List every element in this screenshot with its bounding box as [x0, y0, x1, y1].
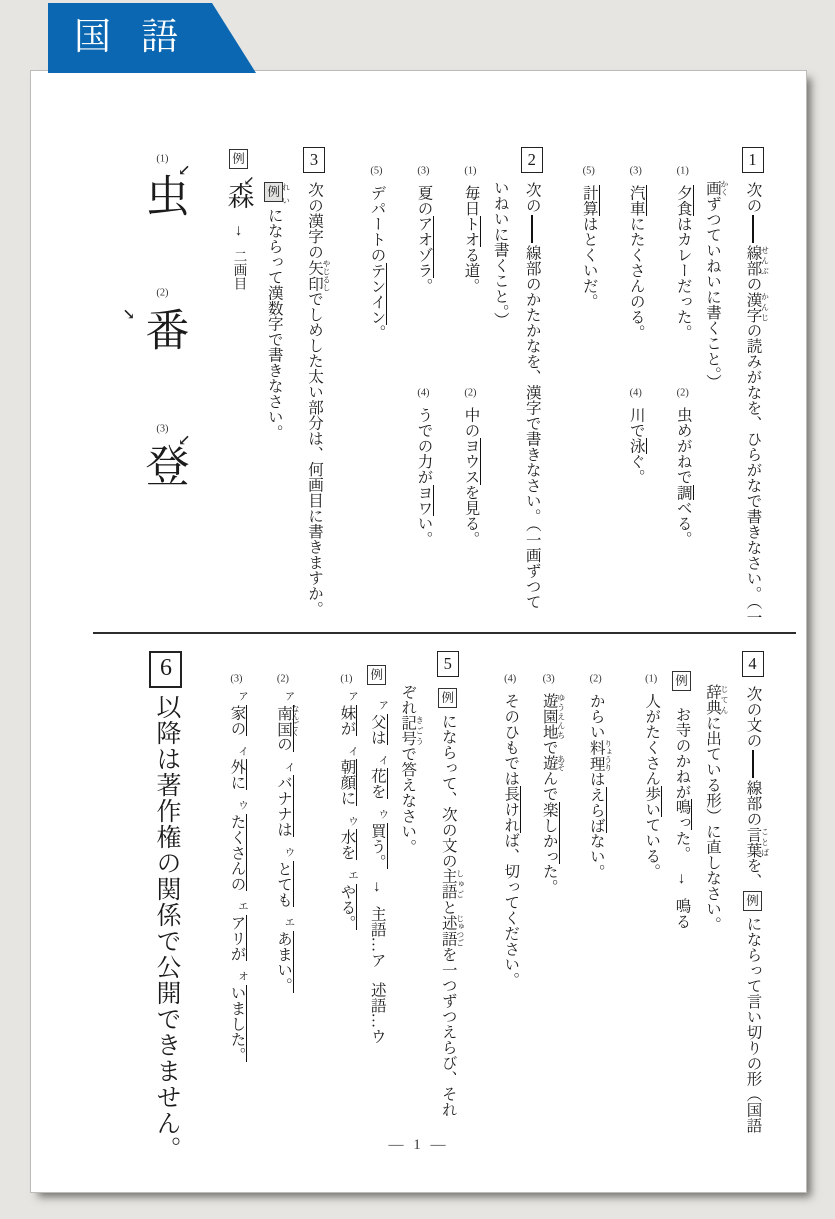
item-label: (1) — [645, 673, 657, 684]
segment-label: ウ — [348, 818, 358, 829]
q4-item-1: (1)人がたくさん歩いている。 — [643, 673, 659, 879]
text-run: 鳴る — [673, 898, 690, 929]
item-label: (4) — [630, 387, 642, 398]
item-label: (3) — [543, 673, 555, 684]
item-label: (1) — [340, 673, 352, 684]
text-run: 遊あそ — [541, 755, 558, 771]
q5-items-col-1: (1)ア妹がイ朝顔にウ水をエやる。 — [312, 651, 354, 1129]
q2-instruction-line-1: 2次の線部のかたかなを、漢字で書きなさい。（一画ずつて — [521, 147, 543, 629]
item-label: (2) — [590, 673, 602, 684]
item-text: ア妹がイ朝顔にウ水をエやる。 — [338, 693, 355, 930]
text-run: 主語…ア — [369, 906, 386, 968]
example-box: 例 — [229, 149, 248, 169]
q4-items-col-2: (2)からい料理りょうりはえらばない。 — [578, 651, 612, 1129]
underlined-text: 鳴っ — [673, 799, 692, 830]
text-run: を一つずつえらび、それ — [440, 946, 457, 1117]
segment-label: エ — [238, 903, 248, 914]
text-run: はとくいだ。 — [581, 216, 598, 309]
underline-dash — [752, 750, 754, 778]
text-run: 。 — [415, 278, 432, 294]
text-run: 次の漢字の — [306, 182, 323, 260]
q3-item-3: (3)↙登 — [140, 423, 184, 487]
text-run: ぐ。 — [628, 454, 645, 485]
underlined-text: あまい。 — [275, 931, 294, 993]
text-run: そのひもでは — [502, 693, 519, 786]
stroke-arrow-icon: ↙ — [178, 164, 191, 179]
underlined-text: 花を — [369, 768, 388, 799]
item-label: (3) — [230, 673, 242, 684]
item-text: 虫めがねで調べる。 — [675, 407, 694, 547]
text-run: 画かく — [704, 180, 721, 196]
q2-instruction-text-2: いねいに書くこと。） — [492, 180, 509, 327]
section-bottom: 4次の文の線部の言葉ことばを、例にならって言い切りの形（国語 辞典じてんに出てい… — [57, 651, 769, 1129]
q4-items-col-3: (3)遊園地ゆうえんちで遊あそんで楽しかった。 — [531, 651, 565, 1129]
q1-items-col-1: (1)夕食はカレーだった。 (2)虫めがねで調べる。 — [657, 147, 691, 629]
item-text: ア南国なんごくのイバナナはウとてもエあまい。 — [275, 693, 292, 993]
underlined-text: 夕食 — [675, 185, 694, 216]
text-run: 虫めがねで — [675, 407, 692, 485]
item-text: からい料理りょうりはえらばない。 — [588, 693, 607, 880]
underlined-text: トオ — [462, 216, 481, 247]
item-label: (2) — [464, 387, 476, 398]
text-run: 記号きごう — [399, 715, 416, 746]
segment-label: ウ — [379, 811, 389, 822]
q2-item-2: (2)中のヨウスを見る。 — [462, 387, 478, 547]
item-text: ア家のイ外にウたくさんのエアリがオいました。 — [228, 693, 245, 1062]
text-run: 次の — [524, 182, 541, 213]
q3-instruction-text-1: 次の漢字の矢印やじるしでしめした太い部分は、何画目に書きますか。 — [306, 182, 323, 617]
text-run: 線部の — [745, 780, 762, 827]
item-text: 夕食はカレーだった。 — [675, 185, 694, 340]
q5-example: 例ア父はイ花をウ買う。↓主語…ア述語…ウ — [367, 651, 386, 1129]
underlined-text: えらば — [588, 787, 607, 834]
example-box: 例 — [438, 688, 457, 708]
q2-items-col-2: (3)夏のアオゾラ。 (4)うでの力がヨワい。 — [397, 147, 431, 629]
q4-example: 例お寺のかねが鳴った。↓鳴る — [672, 651, 691, 1129]
underlined-text: 長けれ — [502, 786, 521, 833]
question-1: 1次の線部せんぶの漢字かんじの読みがなを、ひらがなで書きなさい。（一 画かくずつ… — [563, 147, 769, 629]
text-run: は — [588, 771, 605, 787]
q5-item-2: (2)ア南国なんごくのイバナナはウとてもエあまい。 — [275, 673, 300, 993]
underlined-text: 水を — [338, 829, 357, 860]
q3-instruction-text-2: 例れいにならって漢数字で書きなさい。 — [266, 180, 283, 440]
q1-item-4: (4)川で泳ぐ。 — [627, 387, 643, 485]
item-label: (1) — [464, 165, 476, 176]
q3-instruction-line-2: 例れいにならって漢数字で書きなさい。 — [264, 147, 290, 629]
underlined-text: アオゾラ — [415, 216, 434, 278]
example-box: 例 — [743, 891, 762, 911]
text-run: 。 — [368, 325, 385, 341]
text-run: 夏の — [415, 185, 432, 216]
text-run: 次の文の — [745, 686, 762, 748]
q4-instruction-text-1: 次の文の線部の言葉ことばを、例にならって言い切りの形（国語 — [745, 686, 762, 1133]
segment-label: イ — [379, 757, 389, 768]
text-run: にならって言い切りの形（国語 — [745, 916, 762, 1133]
text-run: で答えなさい。 — [399, 746, 416, 855]
segment-label: ア — [238, 693, 248, 704]
item-label: (2) — [156, 287, 168, 298]
item-label: (2) — [277, 673, 289, 684]
text-run: からい — [588, 693, 605, 740]
q4-number-box: 4 — [742, 651, 764, 677]
text-run: んで — [541, 771, 558, 802]
q5-instruction-text-1: 例にならって、次の文の主語しゅごと述語じゅつごを一つずつえらび、それ — [440, 686, 457, 1117]
q3-items: (1)↙虫 (2)↘番 (3)↙登 — [128, 147, 192, 629]
text-run: の読みがなを、ひらがなで書きなさい。（一 — [745, 323, 762, 625]
item-label: (3) — [417, 165, 429, 176]
q3-item-3-kanji: ↙登 — [138, 443, 187, 487]
q5-items-col-2: (2)ア南国なんごくのイバナナはウとてもエあまい。 — [257, 651, 299, 1129]
q1-item-5: (5)計算はとくいだ。 — [580, 165, 596, 309]
text-run: の — [745, 276, 762, 292]
text-run: 線部せんぶ — [745, 245, 762, 276]
text-run: に出ている形）に直しなさい。 — [704, 715, 721, 932]
q1-instruction-text-2: 画かくずつていねいに書くこと。） — [704, 180, 721, 390]
underlined-text: 計算 — [581, 185, 600, 216]
q1-items-col-3: (5)計算はとくいだ。 — [563, 147, 597, 629]
q2-item-4: (4)うでの力がヨワい。 — [415, 387, 431, 547]
example-box: 例 — [672, 671, 691, 691]
q3-item-1-kanji: ↙虫 — [138, 173, 187, 217]
text-run: 例 — [745, 889, 762, 916]
item-label: (5) — [583, 165, 595, 176]
q4-items-col-4: (4)そのひもでは長ければ、切ってください。 — [484, 651, 518, 1129]
q4-instruction-line-2: 辞典じてんに出ている形）に直しなさい。 — [704, 651, 729, 1129]
q2-instruction-line-2: いねいに書くこと。） — [491, 147, 507, 629]
item-text: 川で泳ぐ。 — [628, 407, 647, 485]
q2-items-col-1: (1)毎日トオる道。 (2)中のヨウスを見る。 — [444, 147, 478, 629]
segment-label: イ — [238, 748, 248, 759]
segment-label: イ — [348, 748, 358, 759]
q5-item-3: (3)ア家のイ外にウたくさんのエアリがオいました。 — [228, 673, 244, 1062]
q1-instruction-line-1: 1次の線部せんぶの漢字かんじの読みがなを、ひらがなで書きなさい。（一 — [742, 147, 770, 629]
underlined-text: 歩い — [643, 786, 662, 817]
q3-example: 例↙森↓二画目 — [205, 147, 251, 629]
q2-item-5: (5)デパートのテンイン。 — [368, 165, 384, 340]
q4-item-4: (4)そのひもでは長ければ、切ってください。 — [502, 673, 518, 988]
item-label: (3) — [156, 423, 168, 434]
q4-example-text: 例お寺のかねが鳴った。↓鳴る — [673, 669, 690, 929]
text-run: を見る。 — [462, 485, 479, 547]
q3-example-answer: 二画目 — [231, 250, 246, 291]
text-run: 例 — [440, 686, 457, 713]
paper-sheet: 1次の線部せんぶの漢字かんじの読みがなを、ひらがなで書きなさい。（一 画かくずつ… — [30, 70, 807, 1193]
underlined-text: 外に — [228, 759, 247, 790]
segment-label: ウ — [285, 849, 295, 860]
q2-items-col-3: (5)デパートのテンイン。 — [350, 147, 384, 629]
text-run: いねいに書くこと。） — [492, 180, 509, 327]
q5-example-text: 例ア父はイ花をウ買う。↓主語…ア述語…ウ — [369, 663, 386, 1044]
item-text: 夏のアオゾラ。 — [415, 185, 434, 294]
text-run: 主語しゅご — [440, 868, 457, 899]
q1-items-col-2: (3)汽車にたくさんのる。 (4)川で泳ぐ。 — [610, 147, 644, 629]
text-run: た。 — [673, 830, 690, 861]
text-run: 次の — [745, 182, 762, 213]
text-run: うでの力が — [415, 407, 432, 485]
q1-item-1: (1)夕食はカレーだった。 — [674, 165, 690, 340]
item-text: 汽車にたくさんのる。 — [628, 185, 647, 340]
text-run: い。 — [415, 516, 432, 547]
q2-instruction-text-1: 次の線部のかたかなを、漢字で書きなさい。（一画ずつて — [524, 182, 541, 609]
underlined-text: 汽車 — [628, 185, 647, 216]
q5-number-box: 5 — [437, 651, 459, 677]
copyright-notice-text: 以降は著作権の関係で公開できません。 — [153, 694, 180, 1162]
text-run: を、 — [745, 858, 762, 889]
segment-label: イ — [285, 764, 295, 775]
down-arrow-icon: ↓ — [373, 879, 381, 895]
segment-label: ウ — [238, 802, 248, 813]
segment-label: ア — [285, 693, 295, 704]
underlined-text: バナナは — [275, 775, 294, 837]
text-run: ずつていねいに書くこと。） — [704, 196, 721, 390]
text-run: 例れい — [266, 180, 283, 207]
text-run: にたくさんのる。 — [628, 216, 645, 340]
item-text: 人がたくさん歩いている。 — [643, 693, 662, 879]
section-top: 1次の線部せんぶの漢字かんじの読みがなを、ひらがなで書きなさい。（一 画かくずつ… — [69, 147, 769, 629]
q1-instruction-text-1: 次の線部せんぶの漢字かんじの読みがなを、ひらがなで書きなさい。（一 — [745, 182, 762, 625]
q6-notice-line: 6以降は著作権の関係で公開できません。 — [149, 651, 182, 1129]
q4-item-2: (2)からい料理りょうりはえらばない。 — [587, 673, 612, 880]
q4-instruction-line-1: 4次の文の線部の言葉ことばを、例にならって言い切りの形（国語 — [742, 651, 770, 1129]
text-run: 述語…ウ — [369, 982, 386, 1044]
stroke-arrow-icon: ↙ — [244, 174, 255, 187]
underlined-text: ヨワ — [415, 485, 434, 516]
text-run: る道。 — [462, 247, 479, 294]
text-run: ぞれ — [399, 684, 416, 715]
underlined-text: たくさんの — [228, 814, 247, 892]
q5-instruction-text-2: ぞれ記号きごうで答えなさい。 — [399, 684, 416, 855]
underline-dash — [752, 215, 754, 243]
q1-item-2: (2)虫めがねで調べる。 — [674, 387, 690, 547]
text-run: ない。 — [588, 833, 605, 880]
q2-item-3: (3)夏のアオゾラ。 — [415, 165, 431, 294]
question-5: 5例にならって、次の文の主語しゅごと述語じゅつごを一つずつえらび、それ ぞれ記号… — [202, 651, 464, 1129]
item-label: (5) — [370, 165, 382, 176]
underlined-text: 泳 — [628, 438, 647, 454]
text-run: 毎日 — [462, 185, 479, 216]
stroke-arrow-icon: ↘ — [122, 308, 135, 323]
text-run: 料理りょうり — [588, 740, 605, 772]
item-text: 計算はとくいだ。 — [581, 185, 600, 309]
text-run: 辞典じてん — [704, 684, 721, 715]
q3-item-2-kanji: ↘番 — [138, 307, 187, 351]
down-arrow-icon: ↓ — [678, 871, 686, 887]
item-label: (4) — [417, 387, 429, 398]
q2-item-1: (1)毎日トオる道。 — [462, 165, 478, 294]
section-divider — [93, 632, 796, 634]
q5-instruction-line-2: ぞれ記号きごうで答えなさい。 — [399, 651, 424, 1129]
page-number: — 1 — — [31, 1137, 806, 1154]
q4-instruction-text-2: 辞典じてんに出ている形）に直しなさい。 — [704, 684, 721, 932]
underlined-text: 買う。 — [369, 823, 388, 870]
item-label: (1) — [156, 153, 168, 164]
text-run: 述語じゅつご — [440, 915, 457, 947]
question-6: 6以降は著作権の関係で公開できません。 — [149, 651, 182, 1129]
underlined-text: 家の — [228, 705, 247, 736]
q3-example-kanji: ↙森 — [223, 182, 253, 209]
subject-title: 国 語 — [48, 3, 256, 71]
item-label: (1) — [677, 165, 689, 176]
text-run: 言葉ことば — [745, 827, 762, 858]
underlined-text: 調 — [675, 485, 694, 501]
segment-label: エ — [348, 872, 358, 883]
q2-number-box: 2 — [521, 147, 543, 173]
q1-number-box: 1 — [742, 147, 764, 173]
question-3: 3次の漢字の矢印やじるしでしめした太い部分は、何画目に書きますか。 例れいになら… — [128, 147, 330, 629]
q1-item-3: (3)汽車にたくさんのる。 — [627, 165, 643, 340]
underlined-text: 朝顔に — [338, 759, 357, 806]
text-run: 人がたくさん — [643, 693, 660, 786]
underlined-text: ヨウス — [462, 438, 481, 485]
text-run: 線部のかたかなを、漢字で書きなさい。（一画ずつて — [524, 245, 541, 609]
item-label: (4) — [504, 673, 516, 684]
q3-number-box: 3 — [303, 147, 325, 173]
text-run: ば、切ってください。 — [502, 833, 519, 988]
q3-item-1: (1)↙虫 — [140, 153, 184, 217]
text-run: にならって、次の文の — [440, 713, 457, 868]
text-run: で — [541, 740, 558, 756]
q5-items-col-3: (3)ア家のイ外にウたくさんのエアリがオいました。 — [202, 651, 244, 1129]
item-label: (2) — [677, 387, 689, 398]
text-run: 漢字かんじ — [745, 292, 762, 323]
q4-items-col-1: (1)人がたくさん歩いている。 — [625, 651, 659, 1129]
item-text: 遊園地ゆうえんちで遊あそんで楽しかった。 — [541, 693, 560, 895]
q1-instruction-line-2: 画かくずつていねいに書くこと。） — [704, 147, 729, 629]
underlined-text: 南国なんごく — [275, 705, 294, 737]
segment-label: エ — [285, 919, 295, 930]
underlined-text: アリが — [228, 915, 247, 962]
question-2: 2次の線部のかたかなを、漢字で書きなさい。（一画ずつて いねいに書くこと。） (… — [350, 147, 542, 629]
text-run: と — [440, 899, 457, 915]
down-arrow-icon: ↓ — [235, 223, 243, 239]
item-text: そのひもでは長ければ、切ってください。 — [502, 693, 521, 988]
underlined-text: の — [275, 736, 294, 752]
q3-item-2: (2)↘番 — [140, 287, 184, 351]
text-run: はカレーだった。 — [675, 216, 692, 340]
item-text: うでの力がヨワい。 — [415, 407, 434, 547]
example-box: 例 — [367, 665, 386, 685]
underlined-text: とても — [275, 861, 294, 908]
worksheet-canvas: 1次の線部せんぶの漢字かんじの読みがなを、ひらがなで書きなさい。（一 画かくずつ… — [0, 0, 835, 1219]
text-run: にならって漢数字で書きなさい。 — [266, 207, 283, 440]
underlined-text: 妹が — [338, 705, 357, 736]
text-run: 例 — [673, 669, 690, 696]
text-run: 矢印やじるし — [306, 260, 323, 292]
q6-number-box: 6 — [149, 651, 182, 688]
segment-label: ア — [379, 702, 389, 713]
text-run: 例 — [369, 663, 386, 690]
item-text: デパートのテンイン。 — [368, 185, 387, 340]
text-run: べる。 — [675, 500, 692, 547]
underlined-text: 楽しかっ — [541, 802, 560, 864]
text-run: デパートの — [368, 185, 385, 263]
q5-instruction-line-1: 5例にならって、次の文の主語しゅごと述語じゅつごを一つずつえらび、それ — [437, 651, 465, 1129]
q3-instruction-line-1: 3次の漢字の矢印やじるしでしめした太い部分は、何画目に書きますか。 — [303, 147, 331, 629]
subject-banner: 国 語 — [48, 3, 256, 73]
text-run: 中の — [462, 407, 479, 438]
text-run: 遊園地ゆうえんち — [541, 693, 558, 740]
q4-item-3: (3)遊園地ゆうえんちで遊あそんで楽しかった。 — [540, 673, 565, 895]
q5-item-1: (1)ア妹がイ朝顔にウ水をエやる。 — [338, 673, 354, 930]
stroke-arrow-icon: ↙ — [178, 434, 191, 449]
question-4: 4次の文の線部の言葉ことばを、例にならって言い切りの形（国語 辞典じてんに出てい… — [484, 651, 769, 1129]
item-text: 毎日トオる道。 — [462, 185, 481, 294]
item-text: 中のヨウスを見る。 — [462, 407, 481, 547]
underlined-text: 父は — [369, 714, 388, 745]
segment-label: オ — [238, 973, 248, 984]
text-run: た。 — [541, 864, 558, 895]
text-run: 川で — [628, 407, 645, 438]
underlined-text: テンイン — [368, 263, 387, 325]
item-label: (3) — [630, 165, 642, 176]
underline-dash — [531, 215, 533, 243]
text-run: でしめした太い部分は、何画目に書きますか。 — [306, 291, 323, 617]
text-run: ている。 — [643, 817, 660, 879]
text-run: お寺のかねが — [673, 706, 690, 799]
underlined-text: いました。 — [228, 985, 247, 1063]
segment-label: ア — [348, 693, 358, 704]
underlined-text: やる。 — [338, 884, 357, 931]
